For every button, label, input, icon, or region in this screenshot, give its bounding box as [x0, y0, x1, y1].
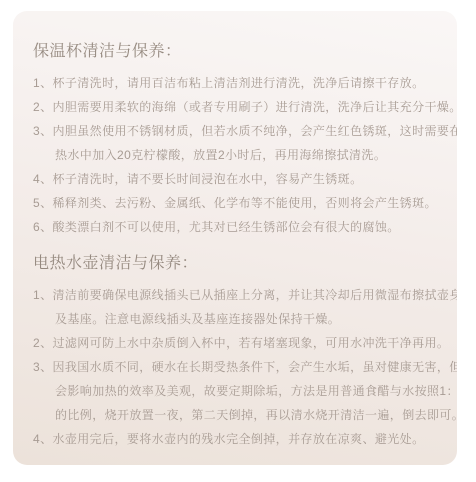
thermos-care-item-1: 1、杯子清洗时，请用百洁布粘上清洁剂进行清洗，洗净后请擦干存放。 [33, 71, 447, 95]
thermos-care-item-3: 3、内胆虽然使用不锈钢材质，但若水质不纯净，会产生红色锈斑，这时需要在 热水中加… [33, 119, 447, 167]
section-thermos-care: 保温杯清洁与保养： 1、杯子清洗时，请用百洁布粘上清洁剂进行清洗，洗净后请擦干存… [33, 42, 447, 239]
kettle-care-item-3: 3、因我国水质不同，硬水在长期受热条件下，会产生水垢，虽对健康无害，但 会影响加… [33, 355, 447, 427]
thermos-care-item-4: 4、杯子清洗时，请不要长时间浸泡在水中，容易产生锈斑。 [33, 167, 447, 191]
thermos-care-item-5: 5、稀释剂类、去污粉、金属纸、化学布等不能使用，否则将会产生锈斑。 [33, 191, 447, 215]
thermos-care-item-6: 6、酸类漂白剂不可以使用，尤其对已经生锈部位会有很大的腐蚀。 [33, 215, 447, 239]
kettle-care-item-2: 2、过滤网可防上水中杂质倒入杯中，若有堵塞现象，可用水冲洗干净再用。 [33, 331, 447, 355]
section-title-kettle: 电热水壶清洁与保养： [33, 254, 447, 274]
kettle-care-item-4: 4、水壶用完后，要将水壶内的残水完全倒掉，并存放在凉爽、避光处。 [33, 427, 447, 451]
thermos-care-item-2: 2、内胆需要用柔软的海绵（或者专用刷子）进行清洗，洗净后让其充分干燥。 [33, 95, 447, 119]
section-kettle-care: 电热水壶清洁与保养： 1、清洁前要确保电源线插头已从插座上分离，并让其冷却后用微… [33, 254, 447, 451]
kettle-care-item-1: 1、清洁前要确保电源线插头已从插座上分离，并让其冷却后用微湿布擦拭壶身 及基座。… [33, 283, 447, 331]
care-instructions-card: 保温杯清洁与保养： 1、杯子清洗时，请用百洁布粘上清洁剂进行清洗，洗净后请擦干存… [13, 11, 457, 465]
section-title-thermos: 保温杯清洁与保养： [33, 42, 447, 62]
